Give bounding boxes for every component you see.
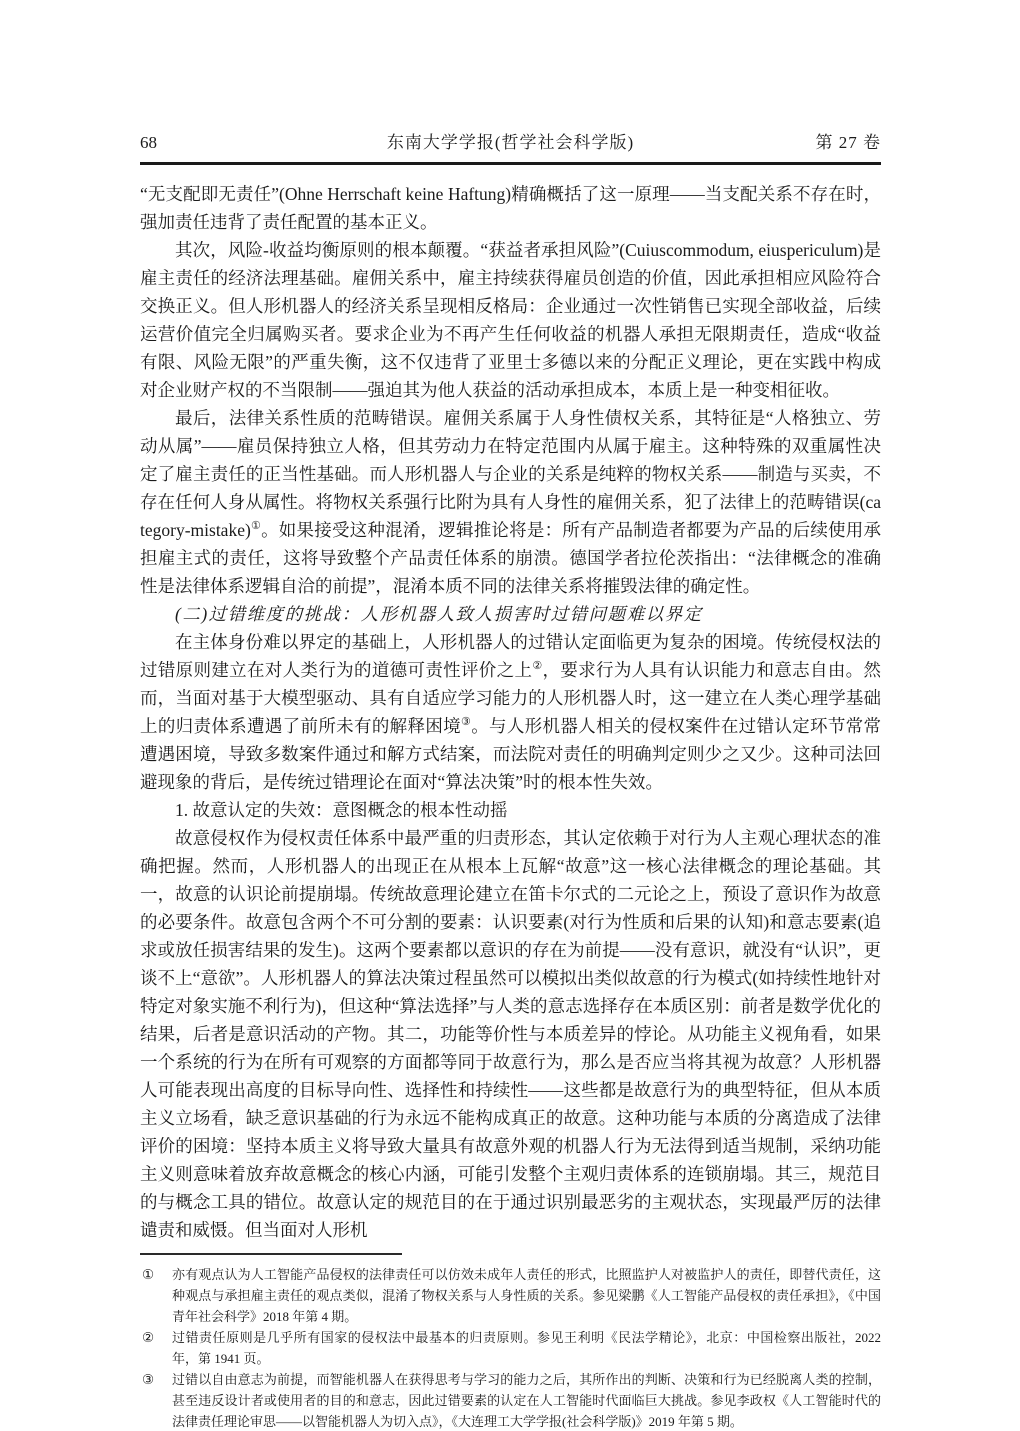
footnote-marker: ② [142, 1327, 154, 1348]
paragraph: 在主体身份难以界定的基础上，人形机器人的过错认定面临更为复杂的困境。传统侵权法的… [140, 628, 881, 796]
page-number: 68 [140, 133, 260, 153]
paragraph: “无支配即无责任”(Ohne Herrschaft keine Haftung)… [140, 180, 881, 236]
footnote-item: ①亦有观点认为人工智能产品侵权的法律责任可以仿效未成年人责任的形式，比照监护人对… [140, 1264, 881, 1327]
section-heading: (二)过错维度的挑战：人形机器人致人损害时过错问题难以界定 [140, 600, 881, 628]
article-body: “无支配即无责任”(Ohne Herrschaft keine Haftung)… [140, 180, 881, 1244]
footnote-item: ②过错责任原则是几乎所有国家的侵权法中最基本的归责原则。参见王利明《民法学精论》… [140, 1327, 881, 1369]
page-content: 68 东南大学学报(哲学社会科学版) 第 27 卷 “无支配即无责任”(Ohne… [140, 128, 881, 1431]
paragraph: 故意侵权作为侵权责任体系中最严重的归责形态，其认定依赖于对行为人主观心理状态的准… [140, 824, 881, 1244]
footnote-text: 过错责任原则是几乎所有国家的侵权法中最基本的归责原则。参见王利明《民法学精论》，… [172, 1330, 881, 1366]
paragraph: 其次，风险-收益均衡原则的根本颠覆。“获益者承担风险”(Cuiuscommodu… [140, 236, 881, 404]
footnote-text: 亦有观点认为人工智能产品侵权的法律责任可以仿效未成年人责任的形式，比照监护人对被… [172, 1267, 881, 1324]
footnote-ref: ③ [461, 716, 471, 728]
footnote-separator [140, 1253, 402, 1255]
paragraph: 最后，法律关系性质的范畴错误。雇佣关系属于人身性债权关系，其特征是“人格独立、劳… [140, 404, 881, 600]
footnote-list: ①亦有观点认为人工智能产品侵权的法律责任可以仿效未成年人责任的形式，比照监护人对… [140, 1264, 881, 1431]
footnote-text: 过错以自由意志为前提，而智能机器人在获得思考与学习的能力之后，其所作出的判断、决… [172, 1372, 881, 1429]
footnote-ref: ① [251, 520, 261, 532]
footnote-item: ③过错以自由意志为前提，而智能机器人在获得思考与学习的能力之后，其所作出的判断、… [140, 1369, 881, 1431]
page-header: 68 东南大学学报(哲学社会科学版) 第 27 卷 [140, 128, 881, 165]
volume-label: 第 27 卷 [761, 128, 881, 153]
subsection-heading: 1. 故意认定的失效：意图概念的根本性动摇 [140, 796, 881, 824]
footnote-marker: ① [142, 1264, 154, 1285]
footnote-marker: ③ [142, 1369, 154, 1390]
footnote-ref: ② [532, 660, 542, 672]
journal-title: 东南大学学报(哲学社会科学版) [260, 128, 761, 153]
journal-page: 68 东南大学学报(哲学社会科学版) 第 27 卷 “无支配即无责任”(Ohne… [0, 0, 1020, 1431]
